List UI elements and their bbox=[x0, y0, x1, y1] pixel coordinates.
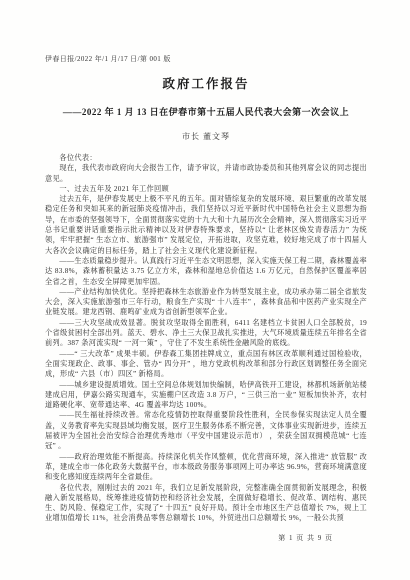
document-body: 各位代表： 现在，我代表市政府向大会报告工作，请予审议，并请市政协委员和其他列席… bbox=[45, 153, 367, 524]
doc-subtitle: ——2022 年 1 月 13 日在伊春市第十五届人民代表大会第一次会议上 bbox=[45, 105, 367, 118]
body-paragraph: ——生态质量稳步提升。认真践行习近平生态文明思想，深入实施天保工程二期，森林覆盖… bbox=[45, 256, 367, 287]
salutation: 各位代表： bbox=[45, 153, 367, 163]
masthead: 伊春日报/2022 年/1 月/17 日/第 001 版 bbox=[45, 54, 367, 64]
body-paragraph: 各位代表，刚刚过去的 2021 年，我们立足新发展阶段，完整准确全面贯彻新发展理… bbox=[45, 483, 367, 524]
body-paragraph: ——三大攻坚战成效显著。脱贫攻坚取得全面胜利，6411 名建档立卡贫困人口全部脱… bbox=[45, 318, 367, 349]
body-paragraph: ——民生福祉持续改善。常态化疫情防控取得重要阶段性胜利，全民参保实现法定人员全覆… bbox=[45, 410, 367, 451]
body-paragraph: 过去五年，是伊春发展史上极不平凡的五年。面对错综复杂的发展环境、艰巨繁重的改革发… bbox=[45, 194, 367, 256]
section-heading: 一、过去五年及 2021 年工作回顾 bbox=[45, 184, 367, 194]
body-paragraph: ——“ 三大改革” 成果丰硕。伊春森工集团挂牌成立，重点国有林区改革顺利通过国检… bbox=[45, 349, 367, 380]
body-paragraph: ——政府治理效能不断提高。持续深化机关作风整顿，优化营商环境，深入推进“ 放管服… bbox=[45, 452, 367, 483]
page-number: 第 1 页 共 9 页 bbox=[45, 533, 367, 543]
byline: 市长 董文琴 bbox=[45, 131, 367, 142]
body-paragraph: ——产业结构加快优化。坚持把森林生态旅游业作为转型发展主业，成功承办第二届全省旅… bbox=[45, 287, 367, 318]
body-paragraph: 现在，我代表市政府向大会报告工作，请予审议，并请市政协委员和其他列席会议的同志提… bbox=[45, 163, 367, 184]
page-title: 政府工作报告 bbox=[45, 74, 367, 92]
body-paragraph: ——城乡建设提质增效。国土空间总体规划加快编制，哈伊高铁开工建设，林都机场新航站… bbox=[45, 380, 367, 411]
document-page: 伊春日报/2022 年/1 月/17 日/第 001 版 政府工作报告 ——20… bbox=[0, 0, 410, 580]
